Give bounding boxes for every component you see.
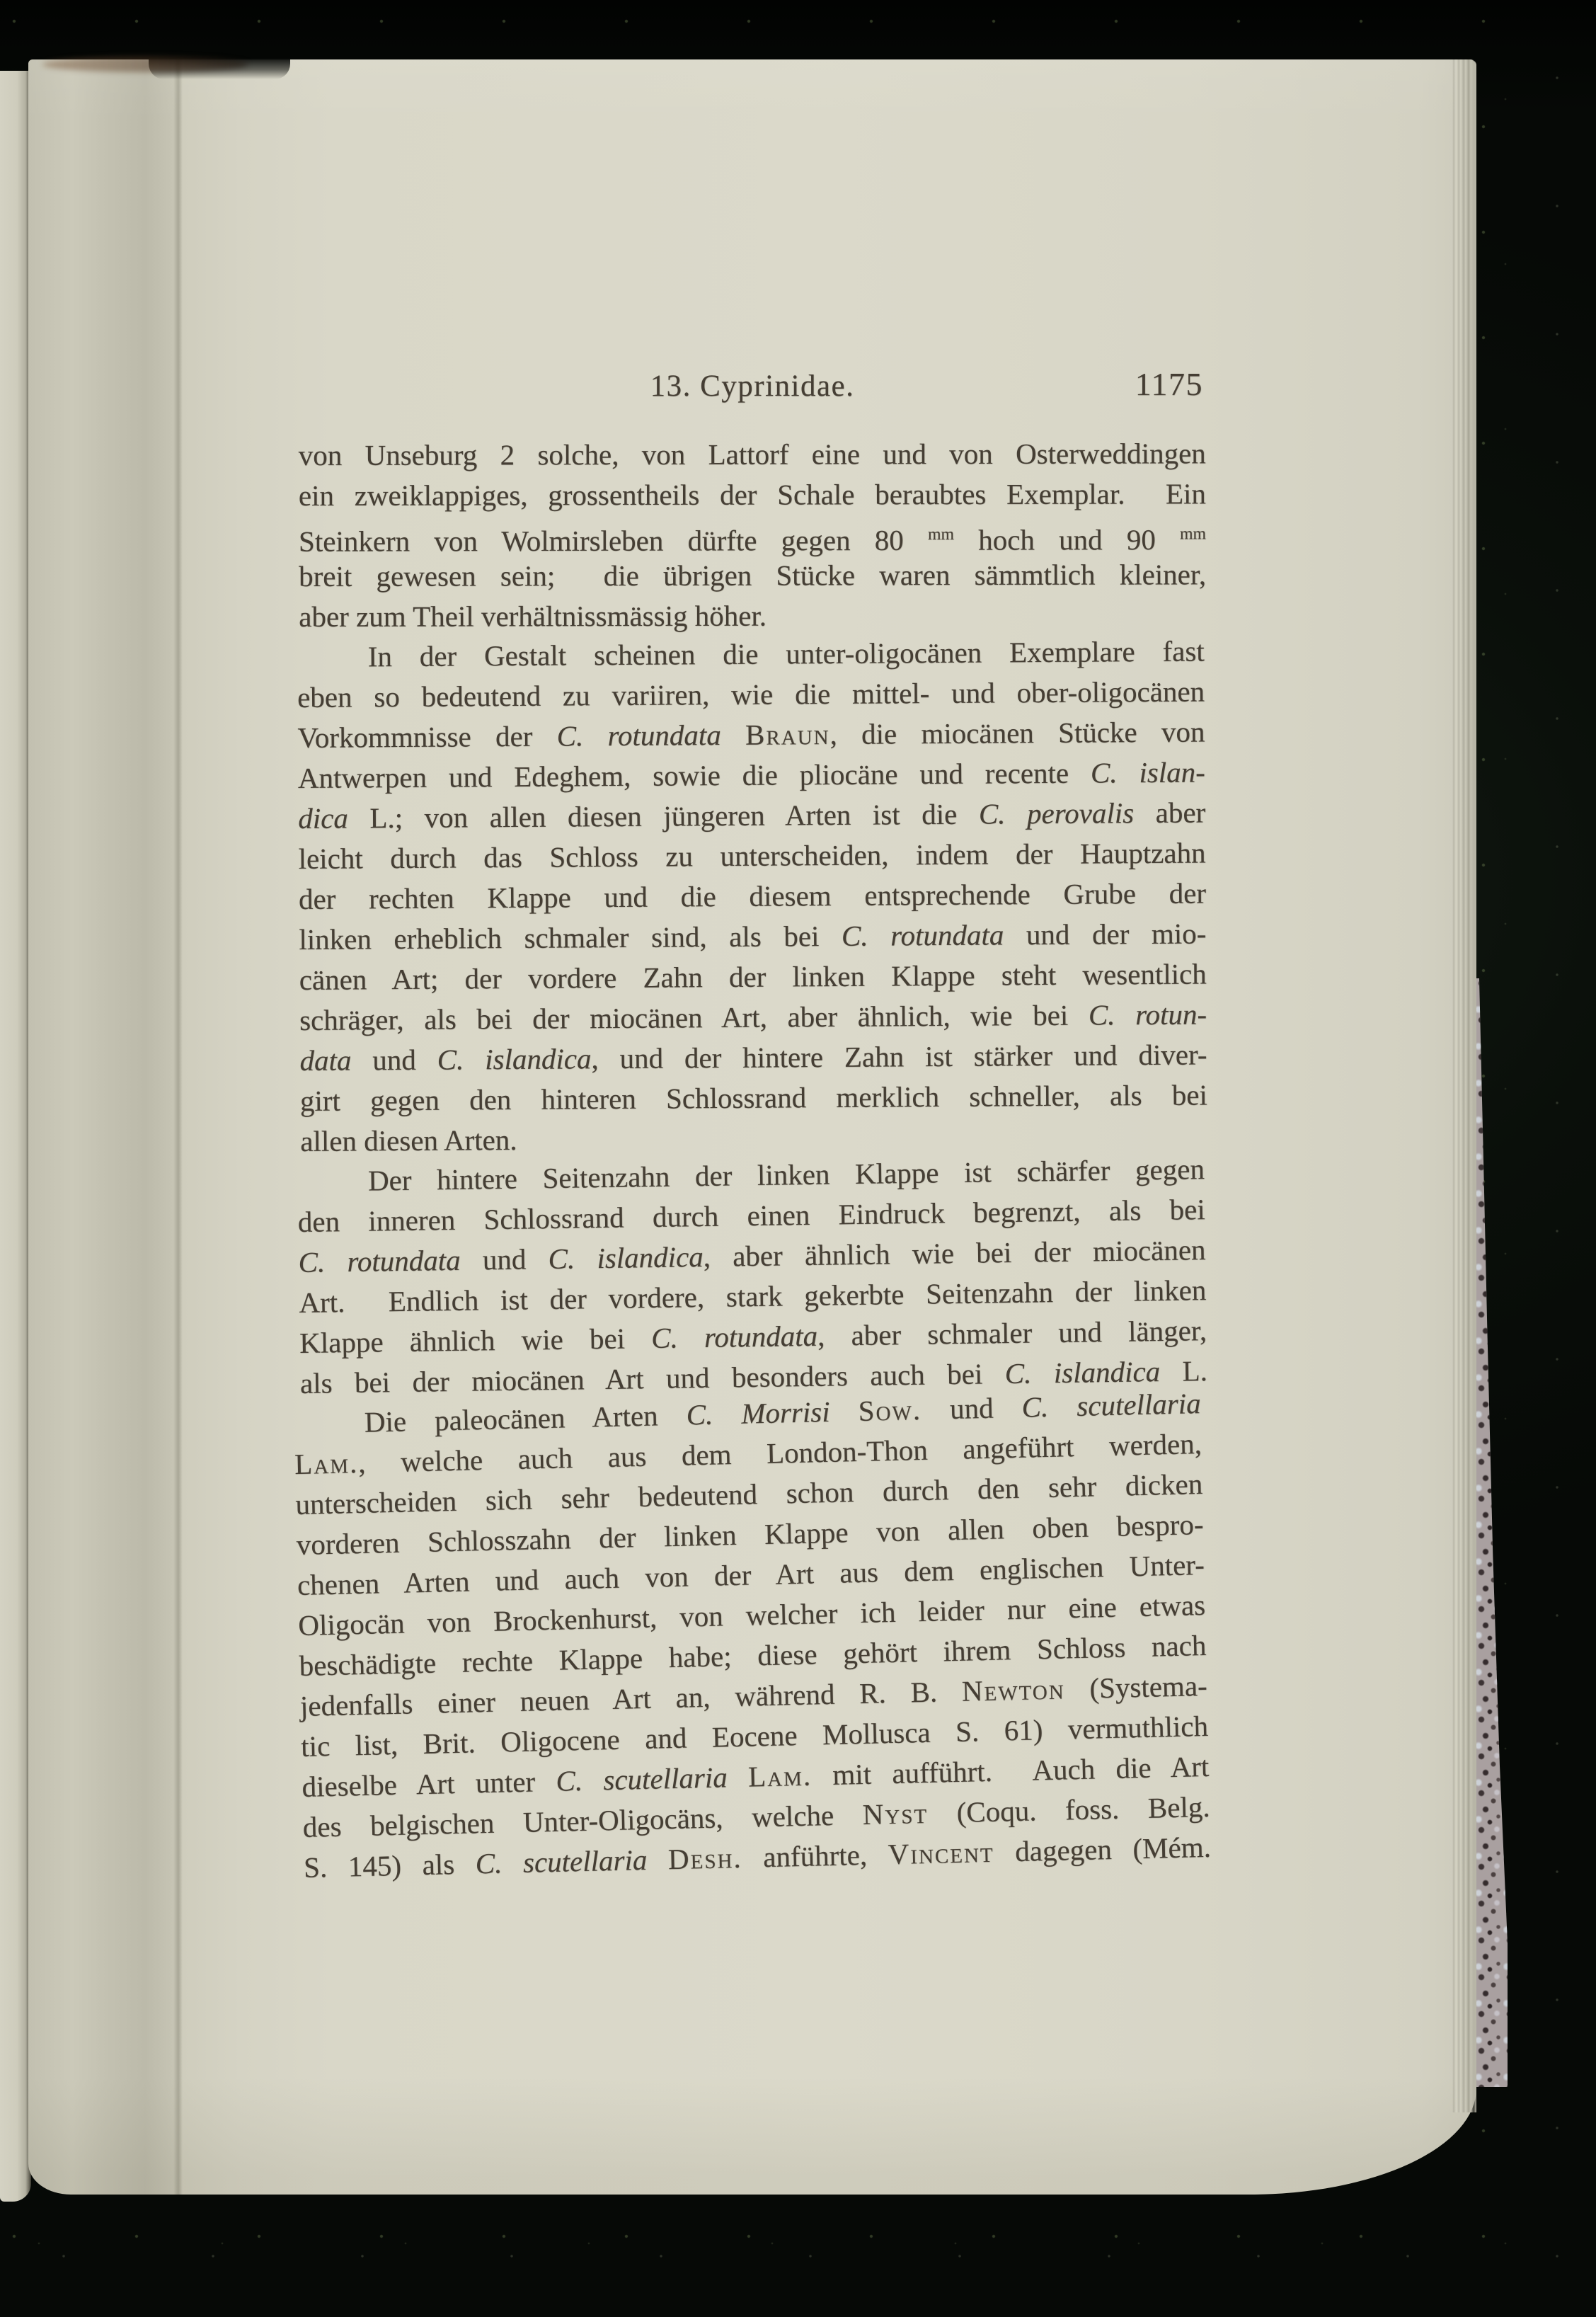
page-number: 1175 — [1135, 363, 1203, 406]
text-line: cänen Art; der vordere Zahn der linken K… — [299, 954, 1207, 1000]
book-page: 13. Cyprinidae. 1175 von Unseburg 2 solc… — [28, 59, 1476, 2195]
chapter-heading: 13. Cyprinidae. — [299, 365, 1206, 408]
underlying-page-edge — [0, 71, 31, 2202]
paragraph: Die paleocänen Arten C. Morrisi Sow. und… — [293, 1383, 1211, 1888]
text-line: leicht durch das Schloss zu unterscheide… — [298, 833, 1205, 879]
stacked-page-edges — [1452, 59, 1476, 2112]
page-header: 13. Cyprinidae. 1175 — [299, 365, 1206, 408]
text-line: von Unseburg 2 solche, von Lattorf eine … — [299, 433, 1206, 476]
text-line: schräger, als bei der miocänen Art, aber… — [299, 994, 1207, 1041]
text-column: 13. Cyprinidae. 1175 von Unseburg 2 solc… — [299, 365, 1206, 1888]
paragraph: Der hintere Seitenzahn der linken Klappe… — [297, 1149, 1208, 1404]
text-line: ein zweiklappiges, grossentheils der Sch… — [299, 474, 1206, 516]
text-line: Vorkommnisse der C. rotundata Braun, die… — [297, 712, 1205, 759]
text-line: breit gewesen sein; die übrigen Stücke w… — [299, 554, 1206, 597]
text-line: eben so bedeutend zu variiren, wie die m… — [297, 672, 1205, 719]
text-line: der rechten Klappe und die diesem entspr… — [299, 873, 1206, 920]
paragraph: In der Gestalt scheinen die unter-oligoc… — [297, 631, 1208, 1162]
text-line: data und C. islandica, und der hintere Z… — [299, 1034, 1207, 1081]
text-line: linken erheblich schmaler sind, als bei … — [299, 913, 1206, 960]
marbled-fore-edge — [1475, 978, 1508, 2087]
text-line: Antwerpen und Edeghem, sowie die pliocän… — [298, 753, 1205, 799]
scan-background: 13. Cyprinidae. 1175 von Unseburg 2 solc… — [0, 0, 1596, 2317]
text-line: aber zum Theil verhältnissmässig höher. — [299, 595, 1206, 637]
text-block: von Unseburg 2 solche, von Lattorf eine … — [299, 435, 1206, 1888]
paragraph: von Unseburg 2 solche, von Lattorf eine … — [299, 433, 1207, 637]
text-line: girt gegen den hinteren Schlossrand merk… — [300, 1075, 1207, 1121]
text-line: In der Gestalt scheinen die unter-oligoc… — [297, 631, 1205, 678]
text-line: dica L.; von allen diesen jüngeren Arten… — [298, 793, 1205, 840]
text-line: Steinkern von Wolmirsleben dürfte gegen … — [299, 514, 1206, 556]
binding-fibres — [42, 57, 248, 72]
